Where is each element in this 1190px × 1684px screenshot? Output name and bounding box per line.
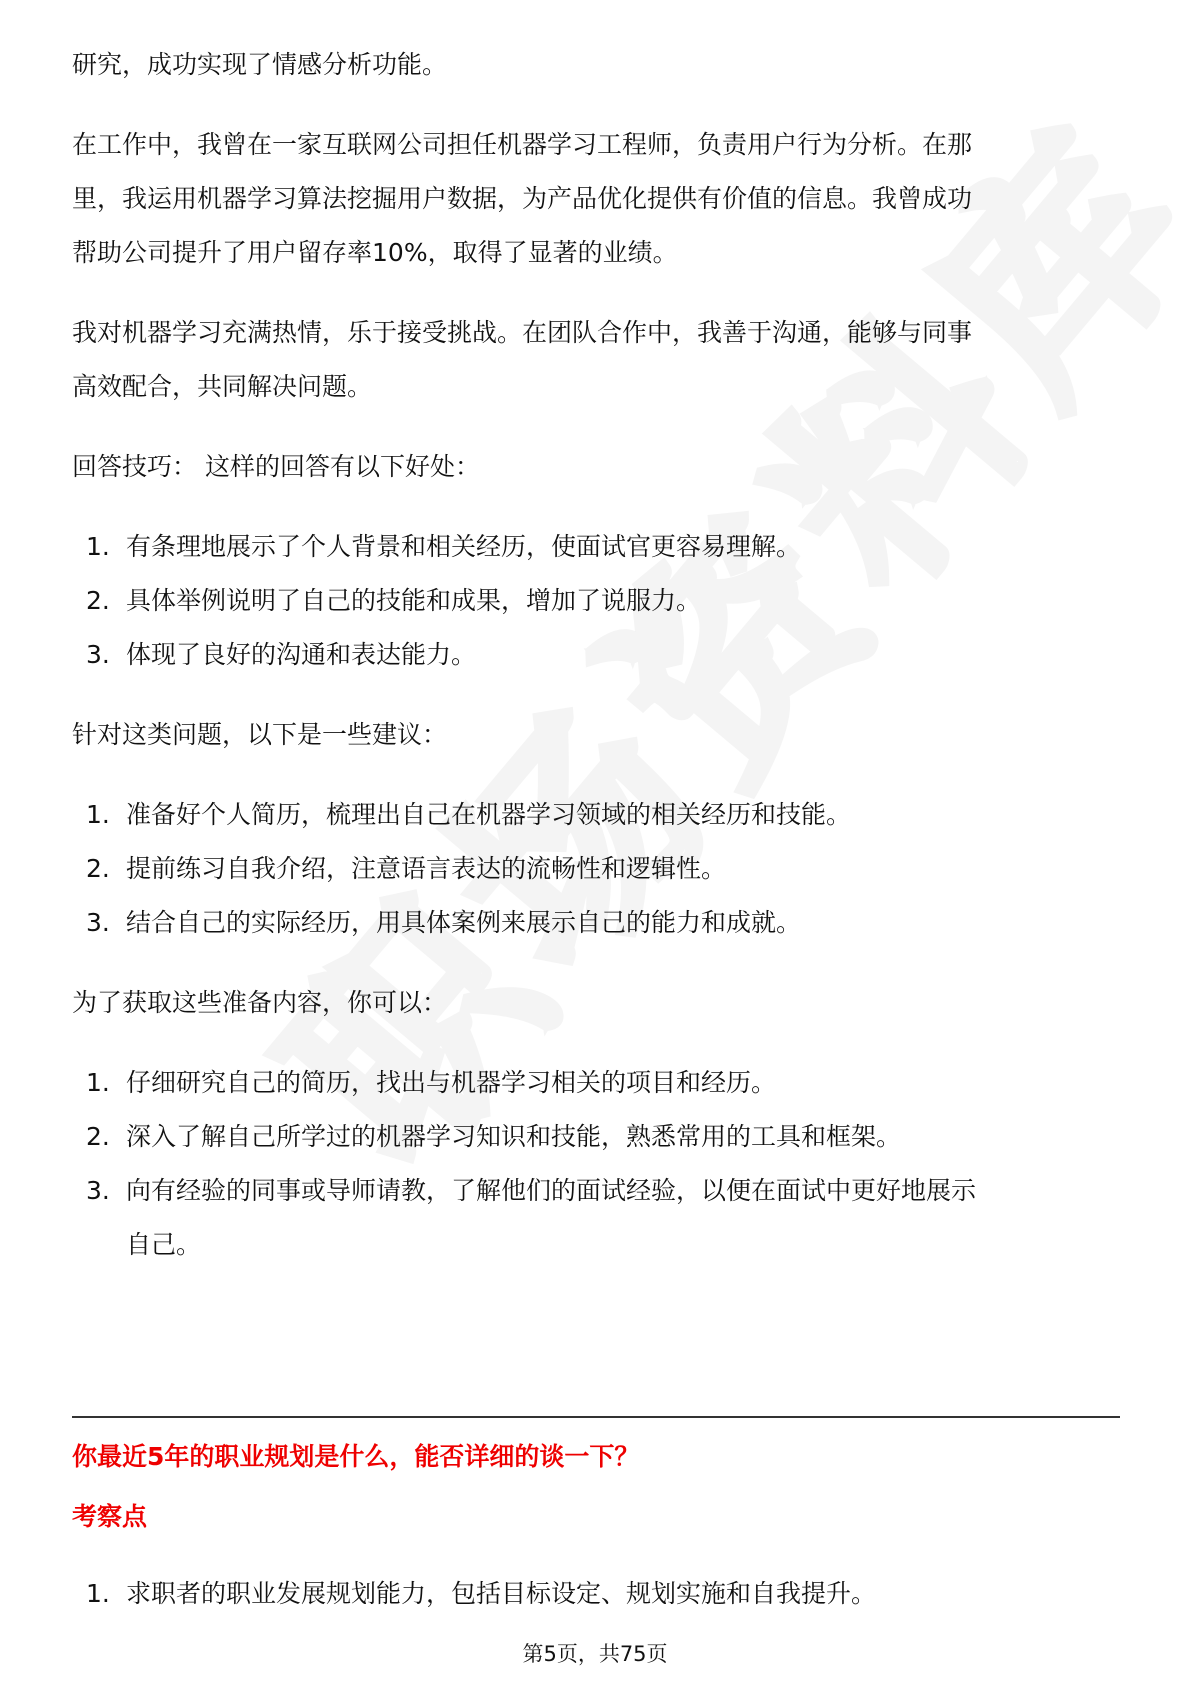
prep-intro: 为了获取这些准备内容，你可以： [72,986,447,1020]
list-item: 3.结合自己的实际经历，用具体案例来展示自己的能力和成就。 [86,906,801,940]
list-number: 1. [86,530,126,564]
list-item: 1.准备好个人简历，梳理出自己在机器学习领域的相关经历和技能。 [86,798,851,832]
list-number: 2. [86,852,126,886]
paragraph-line: 我对机器学习充满热情，乐于接受挑战。在团队合作中，我善于沟通，能够与同事 [72,316,972,350]
list-item-text: 求职者的职业发展规划能力，包括目标设定、规划实施和自我提升。 [126,1579,876,1608]
list-item-text: 提前练习自我介绍，注意语言表达的流畅性和逻辑性。 [126,854,726,883]
question-title: 你最近5年的职业规划是什么，能否详细的谈一下？ [72,1440,639,1474]
list-number: 1. [86,1577,126,1611]
paragraph-line: 里，我运用机器学习算法挖掘用户数据，为产品优化提供有价值的信息。我曾成功 [72,182,972,216]
list-item-text: 有条理地展示了个人背景和相关经历，使面试官更容易理解。 [126,532,801,561]
advice-intro: 针对这类问题，以下是一些建议： [72,718,447,752]
paragraph-line: 帮助公司提升了用户留存率10%，取得了显著的业绩。 [72,236,678,270]
list-item: 1.有条理地展示了个人背景和相关经历，使面试官更容易理解。 [86,530,801,564]
list-item-text: 具体举例说明了自己的技能和成果，增加了说服力。 [126,586,701,615]
list-number: 1. [86,798,126,832]
list-item: 1.求职者的职业发展规划能力，包括目标设定、规划实施和自我提升。 [86,1577,876,1611]
list-item-text: 仔细研究自己的简历，找出与机器学习相关的项目和经历。 [126,1068,776,1097]
list-item: 1.仔细研究自己的简历，找出与机器学习相关的项目和经历。 [86,1066,776,1100]
list-item: 3.体现了良好的沟通和表达能力。 [86,638,476,672]
document-page: 职场资料库 研究，成功实现了情感分析功能。 在工作中，我曾在一家互联网公司担任机… [0,0,1190,1684]
tips-intro: 回答技巧： 这样的回答有以下好处： [72,450,480,484]
list-number: 3. [86,638,126,672]
list-item-text: 体现了良好的沟通和表达能力。 [126,640,476,669]
paragraph-line: 高效配合，共同解决问题。 [72,370,372,404]
list-number: 1. [86,1066,126,1100]
list-item: 2.深入了解自己所学过的机器学习知识和技能，熟悉常用的工具和框架。 [86,1120,901,1154]
list-item-text: 深入了解自己所学过的机器学习知识和技能，熟悉常用的工具和框架。 [126,1122,901,1151]
list-item-text: 准备好个人简历，梳理出自己在机器学习领域的相关经历和技能。 [126,800,851,829]
list-number: 3. [86,1174,126,1208]
list-item-text: 向有经验的同事或导师请教，了解他们的面试经验，以便在面试中更好地展示 [126,1176,976,1205]
list-item: 2.具体举例说明了自己的技能和成果，增加了说服力。 [86,584,701,618]
section-label: 考察点 [72,1500,147,1534]
list-item: 2.提前练习自我介绍，注意语言表达的流畅性和逻辑性。 [86,852,726,886]
list-number: 3. [86,906,126,940]
list-number: 2. [86,584,126,618]
list-item-continuation: 自己。 [126,1228,201,1262]
paragraph-line: 在工作中，我曾在一家互联网公司担任机器学习工程师，负责用户行为分析。在那 [72,128,972,162]
list-number: 2. [86,1120,126,1154]
list-item: 3.向有经验的同事或导师请教，了解他们的面试经验，以便在面试中更好地展示 [86,1174,976,1208]
page-indicator: 第5页，共75页 [0,1640,1190,1668]
list-item-text: 结合自己的实际经历，用具体案例来展示自己的能力和成就。 [126,908,801,937]
paragraph-line: 研究，成功实现了情感分析功能。 [72,48,447,82]
section-divider [72,1416,1120,1418]
